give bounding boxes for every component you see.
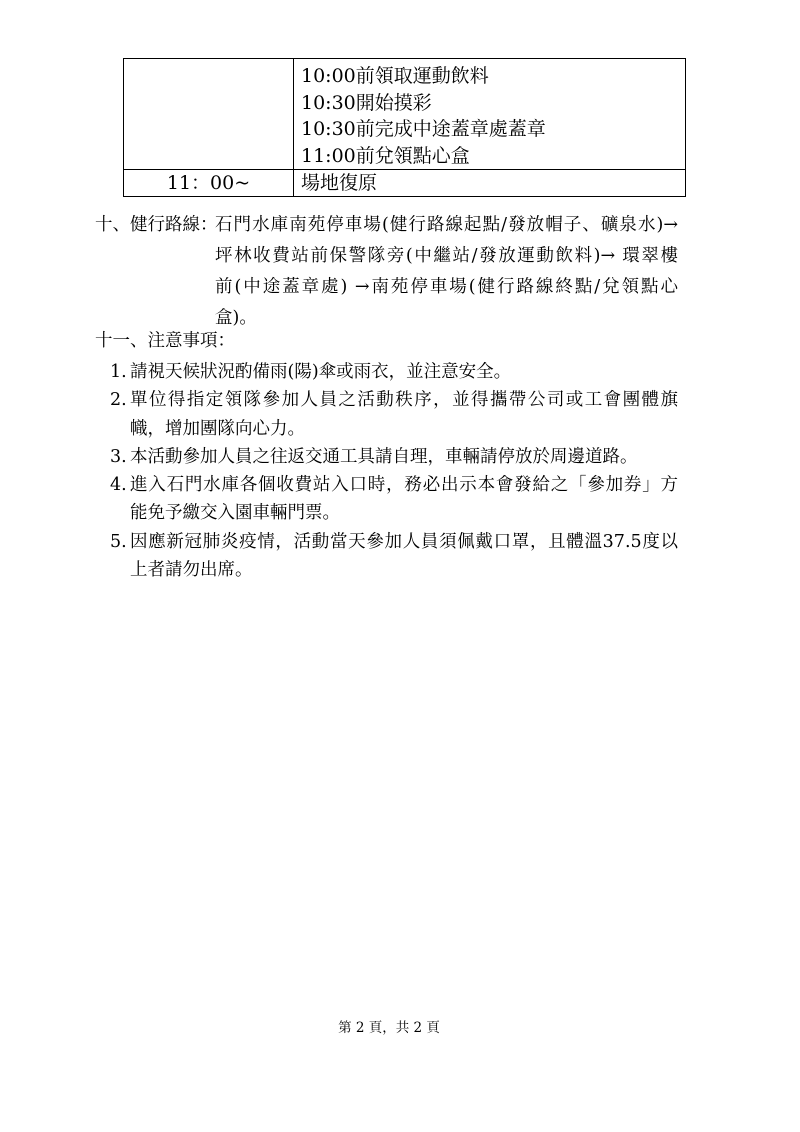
time-cell: 11：00~ xyxy=(124,170,294,197)
item-line: 請視天候狀況酌備雨(陽)傘或雨衣，並注意安全。 xyxy=(130,358,678,386)
notice-item: 4. 進入石門水庫各個收費站入口時，務必出示本會發給之「參加券」方 能免予繳交入… xyxy=(110,471,678,528)
item-number: 4. xyxy=(110,471,130,528)
notice-item: 1. 請視天候狀況酌備雨(陽)傘或雨衣，並注意安全。 xyxy=(110,358,678,386)
item-line: 單位得指定領隊參加人員之活動秩序，並得攜帶公司或工會團體旗 xyxy=(130,386,678,414)
item-line: 幟，增加團隊向心力。 xyxy=(130,415,678,443)
schedule-table: 10:00前領取運動飲料 10:30開始摸彩 10:30前完成中途蓋章處蓋章 1… xyxy=(123,58,686,197)
item-line: 上者請勿出席。 xyxy=(130,556,678,584)
item-line: 本活動參加人員之往返交通工具請自理，車輛請停放於周邊道路。 xyxy=(130,443,678,471)
document-page: 10:00前領取運動飲料 10:30開始摸彩 10:30前完成中途蓋章處蓋章 1… xyxy=(0,0,800,1132)
activity-line: 10:30前完成中途蓋章處蓋章 xyxy=(301,116,681,143)
route-line: 石門水庫南苑停車場(健行路線起點/發放帽子、礦泉水)→ xyxy=(215,210,678,241)
item-number: 3. xyxy=(110,443,130,471)
activity-line: 10:00前領取運動飲料 xyxy=(301,63,681,90)
item-text: 進入石門水庫各個收費站入口時，務必出示本會發給之「參加券」方 能免予繳交入園車輛… xyxy=(130,471,678,528)
time-cell xyxy=(124,59,294,170)
notice-list: 1. 請視天候狀況酌備雨(陽)傘或雨衣，並注意安全。 2. 單位得指定領隊參加人… xyxy=(110,358,678,584)
activity-line: 11:00前兌領點心盒 xyxy=(301,143,681,170)
item-number: 2. xyxy=(110,386,130,443)
item-line: 能免予繳交入園車輛門票。 xyxy=(130,499,678,527)
route-line: 前(中途蓋章處) →南苑停車場(健行路線終點/兌領點心 xyxy=(215,272,678,303)
activity-line: 10:30開始摸彩 xyxy=(301,90,681,117)
notice-item: 2. 單位得指定領隊參加人員之活動秩序，並得攜帶公司或工會團體旗 幟，增加團隊向… xyxy=(110,386,678,443)
item-line: 因應新冠肺炎疫情，活動當天參加人員須佩戴口罩，且體溫37.5度以 xyxy=(130,528,678,556)
item-number: 5. xyxy=(110,528,130,585)
section-notes-label: 十一、注意事項： xyxy=(95,331,235,351)
item-text: 請視天候狀況酌備雨(陽)傘或雨衣，並注意安全。 xyxy=(130,358,678,386)
activity-cell: 場地復原 xyxy=(294,170,686,197)
notice-item: 3. 本活動參加人員之往返交通工具請自理，車輛請停放於周邊道路。 xyxy=(110,443,678,471)
page-number-footer: 第 2 頁，共 2 頁 xyxy=(0,1020,778,1036)
section-route: 十、健行路線： 石門水庫南苑停車場(健行路線起點/發放帽子、礦泉水)→ 坪林收費… xyxy=(95,210,678,334)
item-text: 本活動參加人員之往返交通工具請自理，車輛請停放於周邊道路。 xyxy=(130,443,678,471)
item-number: 1. xyxy=(110,358,130,386)
item-text: 單位得指定領隊參加人員之活動秩序，並得攜帶公司或工會團體旗 幟，增加團隊向心力。 xyxy=(130,386,678,443)
section-route-label: 十、健行路線： xyxy=(95,210,215,334)
table-row: 11：00~ 場地復原 xyxy=(124,170,686,197)
item-line: 進入石門水庫各個收費站入口時，務必出示本會發給之「參加券」方 xyxy=(130,471,678,499)
section-route-body: 石門水庫南苑停車場(健行路線起點/發放帽子、礦泉水)→ 坪林收費站前保警隊旁(中… xyxy=(215,210,678,334)
route-line: 盒)。 xyxy=(215,303,678,334)
item-text: 因應新冠肺炎疫情，活動當天參加人員須佩戴口罩，且體溫37.5度以 上者請勿出席。 xyxy=(130,528,678,585)
route-line: 坪林收費站前保警隊旁(中繼站/發放運動飲料)→ 環翠樓 xyxy=(215,241,678,272)
table-row: 10:00前領取運動飲料 10:30開始摸彩 10:30前完成中途蓋章處蓋章 1… xyxy=(124,59,686,170)
activity-cell: 10:00前領取運動飲料 10:30開始摸彩 10:30前完成中途蓋章處蓋章 1… xyxy=(294,59,685,169)
notice-item: 5. 因應新冠肺炎疫情，活動當天參加人員須佩戴口罩，且體溫37.5度以 上者請勿… xyxy=(110,528,678,585)
